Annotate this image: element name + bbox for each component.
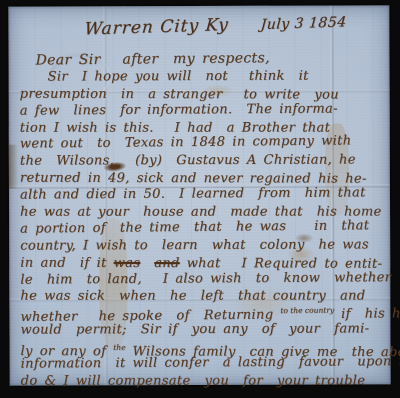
letter-line: a portion of the time that he was in tha… [20, 218, 387, 238]
letter-line: information it will confer a lasting fav… [21, 354, 388, 373]
letter-line: Dear Sir after my respects, [19, 49, 386, 69]
letter-line: country, I wish to learn what colony he … [20, 237, 387, 255]
letter-line: went out to Texas in 1848 in company wit… [20, 133, 387, 153]
letter-line: le him to land, I also wish to know whet… [20, 270, 387, 289]
letter-line: do & I will compensate you for your trou… [21, 373, 388, 390]
letter-line: whether he spoke of Returning to the cou… [20, 302, 387, 322]
letter-paper: Warren City Ky July 3 1854 Dear Sir afte… [8, 5, 390, 385]
letter-line: Sir I hope you will not think it [20, 68, 387, 86]
stain [9, 145, 18, 189]
letter-line: would permit; Sir if you any of your fam… [20, 322, 387, 340]
letter-heading: Warren City Ky July 3 1854 [84, 10, 382, 39]
letter-body: Dear Sir after my respects,Sir I hope yo… [20, 51, 388, 390]
letter-line: a few lines for information. The informa… [20, 101, 387, 120]
letter-line: alth and died in 50. I learned from him … [20, 185, 387, 204]
letter-line: the Wilsons, (by) Gustavus A Christian, … [20, 153, 387, 171]
heading-place: Warren City Ky [84, 15, 230, 40]
scan-background: Warren City Ky July 3 1854 Dear Sir afte… [0, 0, 400, 398]
heading-date: July 3 1854 [260, 14, 347, 33]
